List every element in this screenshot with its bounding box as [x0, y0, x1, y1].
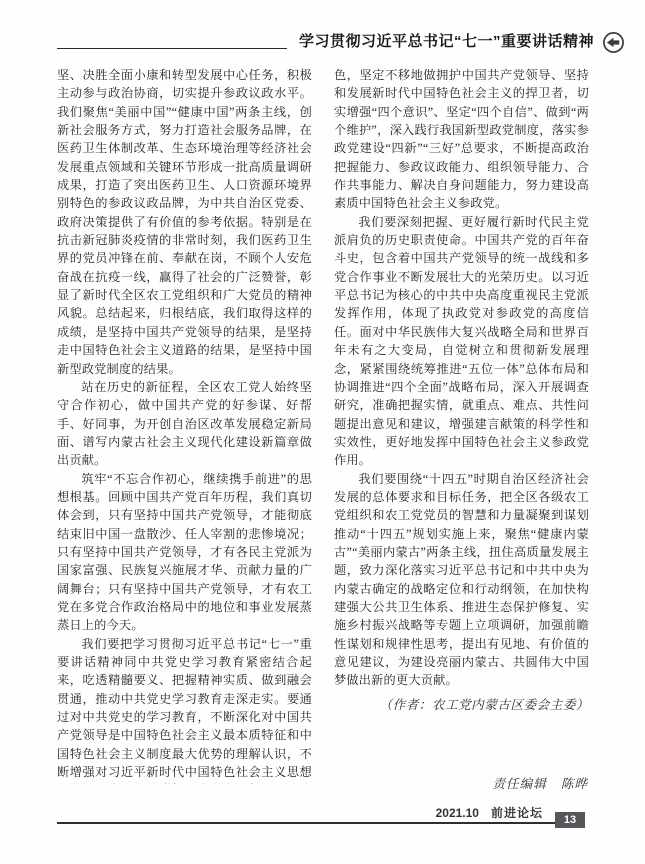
author-note: （作者：农工党内蒙古区委会主委） — [334, 696, 589, 714]
page-footer: 2021.10前进论坛 13 — [57, 804, 585, 828]
paragraph: 我们要围绕“十四五”时期自治区经济社会发展的总体要求和目标任务，把全区各级农工党… — [334, 470, 589, 690]
paragraph: 坚、决胜全面小康和转型发展中心任务，积极主动参与政治协商，切实提升参政议政水平。… — [57, 66, 312, 378]
page-number-badge: 13 — [555, 812, 585, 828]
paragraph: 筑牢“不忘合作初心，继续携手前进”的思想根基。回顾中国共产党百年历程，我们真切体… — [57, 470, 312, 635]
paragraph: 我们要把学习贯彻习近平总书记“七一”重要讲话精神同中共党史学习教育紧密结合起来，… — [57, 635, 312, 784]
section-title: 学习贯彻习近平总书记“七一”重要讲话精神 — [299, 32, 594, 52]
paragraph: 我们要深刻把握、更好履行新时代民主党派肩负的历史职责使命。中国共产党的百年奋斗史… — [334, 213, 589, 470]
footer-rule — [57, 822, 559, 824]
header-rule — [57, 48, 287, 50]
editor-label: 责任编辑 — [492, 777, 546, 791]
editor-name: 陈晔 — [561, 777, 588, 791]
magazine-page: 学习贯彻习近平总书记“七一”重要讲话精神 坚、决胜全面小康和转型发展中心任务，积… — [0, 0, 645, 864]
issue-line: 2021.10前进论坛 — [436, 804, 543, 821]
paragraph: 色，坚定不移地做拥护中国共产党领导、坚持和发展新时代中国特色社会主义的捍卫者，切… — [334, 66, 589, 213]
issue-date: 2021.10 — [436, 806, 479, 820]
article-body: 坚、决胜全面小康和转型发展中心任务，积极主动参与政治协商，切实提升参政议政水平。… — [57, 66, 589, 784]
left-column: 坚、决胜全面小康和转型发展中心任务，积极主动参与政治协商，切实提升参政议政水平。… — [57, 66, 312, 784]
right-column: 色，坚定不移地做拥护中国共产党领导、坚持和发展新时代中国特色社会主义的捍卫者，切… — [334, 66, 589, 784]
running-head: 学习贯彻习近平总书记“七一”重要讲话精神 — [57, 26, 625, 52]
journal-name: 前进论坛 — [491, 806, 543, 820]
paragraph: 站在历史的新征程，全区农工党人始终坚守合作初心，做中国共产党的好参谋、好帮手、好… — [57, 378, 312, 470]
editor-credit: 责任编辑陈晔 — [492, 773, 588, 792]
circle-left-arrow-icon — [602, 31, 625, 54]
